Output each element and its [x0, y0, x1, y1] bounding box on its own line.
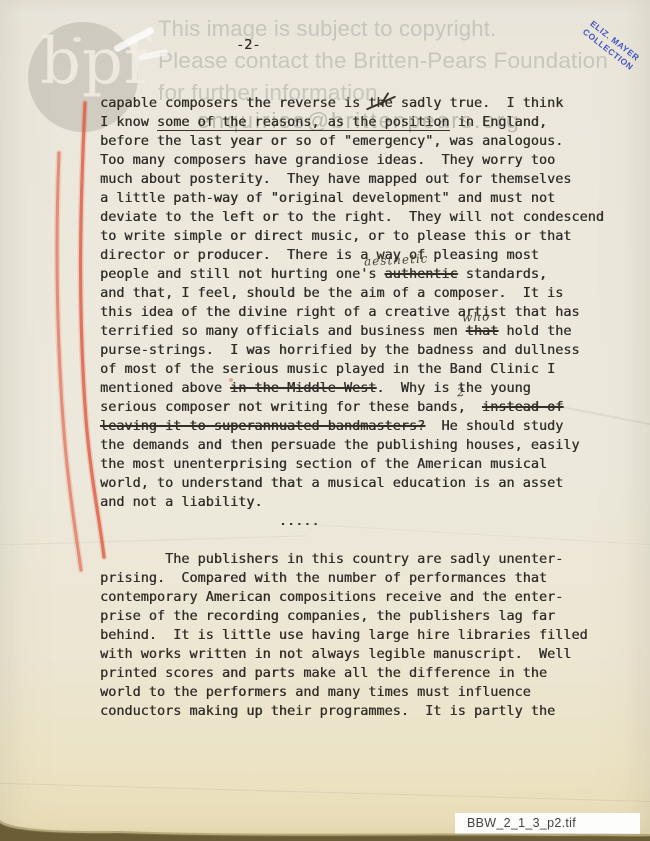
typed-text-block: capable composers the reverse is the sad…: [100, 94, 604, 721]
typed-line: people and still not hurting one's authe…: [100, 265, 604, 284]
typed-line: the demands and then persuade the publis…: [100, 436, 604, 455]
typed-segment-strike: thatwho: [466, 323, 499, 339]
typed-segment: world, to understand that a musical educ…: [100, 475, 563, 491]
typed-segment: the demands and then persuade the publis…: [100, 437, 580, 453]
typed-segment: The publishers in this country are sadly…: [100, 551, 563, 567]
typed-line: this idea of the divine right of a creat…: [100, 303, 604, 322]
typed-line: mentioned above in the Middle West. Why …: [100, 379, 604, 398]
typed-line: [100, 531, 604, 550]
typed-line: world, to understand that a musical educ…: [100, 474, 604, 493]
typed-line: director or producer. There is a way of …: [100, 246, 604, 265]
typed-line: The publishers in this country are sadly…: [100, 550, 604, 569]
typed-segment: behind. It is little use having large hi…: [100, 627, 588, 643]
typed-line: prise of the recording companies, the pu…: [100, 607, 604, 626]
page-number: -2-: [236, 37, 260, 53]
typed-segment: capable composers the reverse is: [100, 95, 368, 111]
typed-line: Too many composers have grandiose ideas.…: [100, 151, 604, 170]
filename-label: BBW_2_1_3_p2.tif: [455, 813, 640, 834]
typed-segment: serious composer not writing for these b…: [100, 399, 466, 415]
typed-line: and that, I feel, should be the aim of a…: [100, 284, 604, 303]
typed-line: prising. Compared with the number of per…: [100, 569, 604, 588]
typed-line: .....: [100, 512, 604, 531]
typed-line: the most unenterprising section of the A…: [100, 455, 604, 474]
typed-segment: conductors making up their programmes. I…: [100, 703, 555, 719]
typed-segment: terrified so many officials and business…: [100, 323, 466, 339]
typed-segment-u: some of the reasons, as the position: [157, 114, 450, 131]
typed-segment: standards,: [458, 266, 547, 282]
typed-line: to write simple or direct music, or to p…: [100, 227, 604, 246]
typed-segment: I know: [100, 114, 157, 130]
typed-segment: before the last year or so of "emergency…: [100, 133, 563, 149]
typed-line: before the last year or so of "emergency…: [100, 132, 604, 151]
typed-line: capable composers the reverse is the sad…: [100, 94, 604, 113]
typed-segment: to write simple or direct music, or to p…: [100, 228, 571, 244]
typed-segment: people and still not hurting one's: [100, 266, 384, 282]
typed-segment-strike: leaving it to superannuated bandmasters?: [100, 418, 425, 434]
typed-segment: deviate to the left or to the right. The…: [100, 209, 604, 225]
typed-segment: He should study: [425, 418, 563, 434]
typed-segment: this idea of the divine right of a creat…: [100, 304, 580, 320]
typed-line: purse-strings. I was horrified by the ba…: [100, 341, 604, 360]
typed-segment: the most unenterprising section of the A…: [100, 456, 547, 472]
typed-segment-strike: authenticaesthetic: [384, 266, 457, 282]
typed-segment: sadly true. I think: [393, 95, 564, 111]
typed-segment: much about posterity. They have mapped o…: [100, 171, 571, 187]
typed-segment: [474, 399, 482, 415]
typed-segment-strike: in the Middle West: [230, 380, 376, 396]
typed-line: and not a liability.: [100, 493, 604, 512]
typed-segment: 2: [466, 399, 474, 415]
paper-crease: [0, 783, 650, 803]
copyright-watermark-line2: Please contact the Britten-Pears Foundat…: [158, 48, 608, 74]
typed-segment-slash: the: [368, 95, 392, 111]
typed-line: conductors making up their programmes. I…: [100, 702, 604, 721]
typed-line: world to the performers and many times m…: [100, 683, 604, 702]
typed-segment: and not a liability.: [100, 494, 263, 510]
typed-segment: a little path-way of "original developme…: [100, 190, 555, 206]
paper-damage-mark: [73, 37, 81, 42]
typed-segment: . Why is the young: [376, 380, 530, 396]
typed-segment: purse-strings. I was horrified by the ba…: [100, 342, 580, 358]
typed-line: of most of the serious music played in t…: [100, 360, 604, 379]
typed-segment: prising. Compared with the number of per…: [100, 570, 547, 586]
typed-line: printed scores and parts make all the di…: [100, 664, 604, 683]
typed-line: leaving it to superannuated bandmasters?…: [100, 417, 604, 436]
typed-line: terrified so many officials and business…: [100, 322, 604, 341]
typed-segment-strike: instead of: [482, 399, 563, 415]
typed-segment: and that, I feel, should be the aim of a…: [100, 285, 563, 301]
typed-segment: .....: [100, 513, 319, 529]
typed-line: serious composer not writing for these b…: [100, 398, 604, 417]
typed-segment: world to the performers and many times m…: [100, 684, 531, 700]
typed-segment: Too many composers have grandiose ideas.…: [100, 152, 555, 168]
typed-segment: with works written in not always legible…: [100, 646, 571, 662]
handwritten-insert: aesthetic: [364, 252, 429, 267]
typed-line: a little path-way of "original developme…: [100, 189, 604, 208]
typed-line: deviate to the left or to the right. The…: [100, 208, 604, 227]
typed-segment: contemporary American compositions recei…: [100, 589, 563, 605]
typed-line: with works written in not always legible…: [100, 645, 604, 664]
typed-segment: director or producer. There is a way of …: [100, 247, 539, 263]
handwritten-insert: 2: [456, 386, 465, 398]
typed-segment: printed scores and parts make all the di…: [100, 665, 547, 681]
typed-segment: prise of the recording companies, the pu…: [100, 608, 555, 624]
typed-segment: mentioned above: [100, 380, 230, 396]
typed-line: I know some of the reasons, as the posit…: [100, 113, 604, 132]
typed-segment: in England,: [450, 114, 548, 130]
typed-line: behind. It is little use having large hi…: [100, 626, 604, 645]
scanned-typescript-page: bpf This image is subject to copyright. …: [0, 0, 650, 841]
typed-segment: of most of the serious music played in t…: [100, 361, 555, 377]
typed-line: much about posterity. They have mapped o…: [100, 170, 604, 189]
typed-line: contemporary American compositions recei…: [100, 588, 604, 607]
handwritten-insert: who: [461, 310, 490, 323]
copyright-watermark-line1: This image is subject to copyright.: [158, 16, 496, 42]
typed-segment: hold the: [498, 323, 571, 339]
